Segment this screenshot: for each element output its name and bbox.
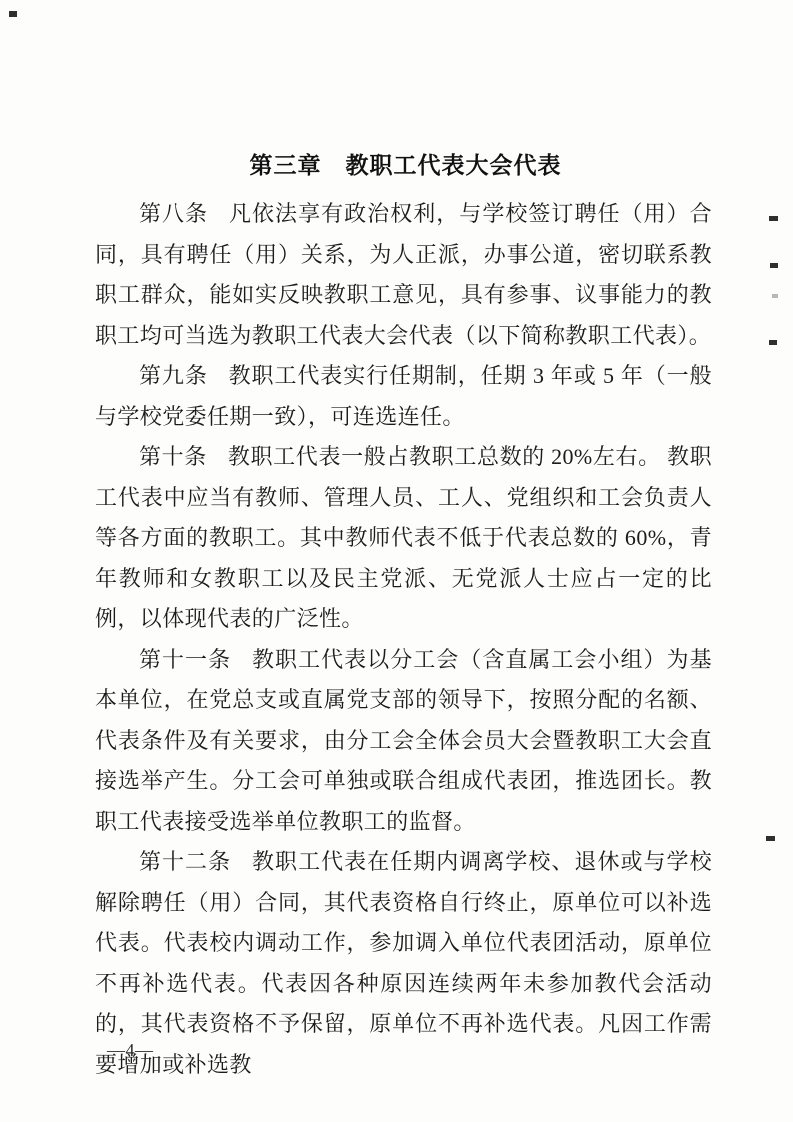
article-10-label: 第十条 xyxy=(139,444,207,469)
scanned-document-page: 第三章 教职工代表大会代表 第八条凡依法享有政治权利，与学校签订聘任（用）合同，… xyxy=(0,0,793,1122)
scan-speck xyxy=(770,263,778,268)
chapter-title: 第三章 教职工代表大会代表 xyxy=(78,148,733,182)
article-11-text: 教职工代表以分工会（含直属工会小组）为基本单位，在党总支或直属党支部的领导下，按… xyxy=(95,647,712,834)
article-10: 第十条教职工代表一般占教职工总数的 20%左右。 教职工代表中应当有教师、管理人… xyxy=(95,437,712,640)
page-number: —4— xyxy=(107,1040,154,1061)
scan-speck xyxy=(9,11,17,17)
scan-speck xyxy=(769,216,778,221)
article-12-label: 第十二条 xyxy=(139,849,231,874)
article-12-text: 教职工代表在任期内调离学校、退休或与学校解除聘任（用）合同，其代表资格自行终止，… xyxy=(95,849,712,1077)
scan-speck xyxy=(766,836,775,841)
article-9-label: 第九条 xyxy=(139,363,208,388)
article-11: 第十一条教职工代表以分工会（含直属工会小组）为基本单位，在党总支或直属党支部的领… xyxy=(95,640,712,843)
scan-speck xyxy=(769,340,777,345)
scan-speck xyxy=(772,294,778,298)
article-10-text: 教职工代表一般占教职工总数的 20%左右。 教职工代表中应当有教师、管理人员、工… xyxy=(95,444,712,631)
article-11-label: 第十一条 xyxy=(139,647,231,672)
document-body: 第八条凡依法享有政治权利，与学校签订聘任（用）合同，具有聘任（用）关系，为人正派… xyxy=(95,194,712,1085)
article-8: 第八条凡依法享有政治权利，与学校签订聘任（用）合同，具有聘任（用）关系，为人正派… xyxy=(95,194,712,356)
article-9: 第九条教职工代表实行任期制，任期 3 年或 5 年（一般与学校党委任期一致），可… xyxy=(95,356,712,437)
article-12: 第十二条教职工代表在任期内调离学校、退休或与学校解除聘任（用）合同，其代表资格自… xyxy=(95,842,712,1085)
article-8-label: 第八条 xyxy=(139,201,208,226)
